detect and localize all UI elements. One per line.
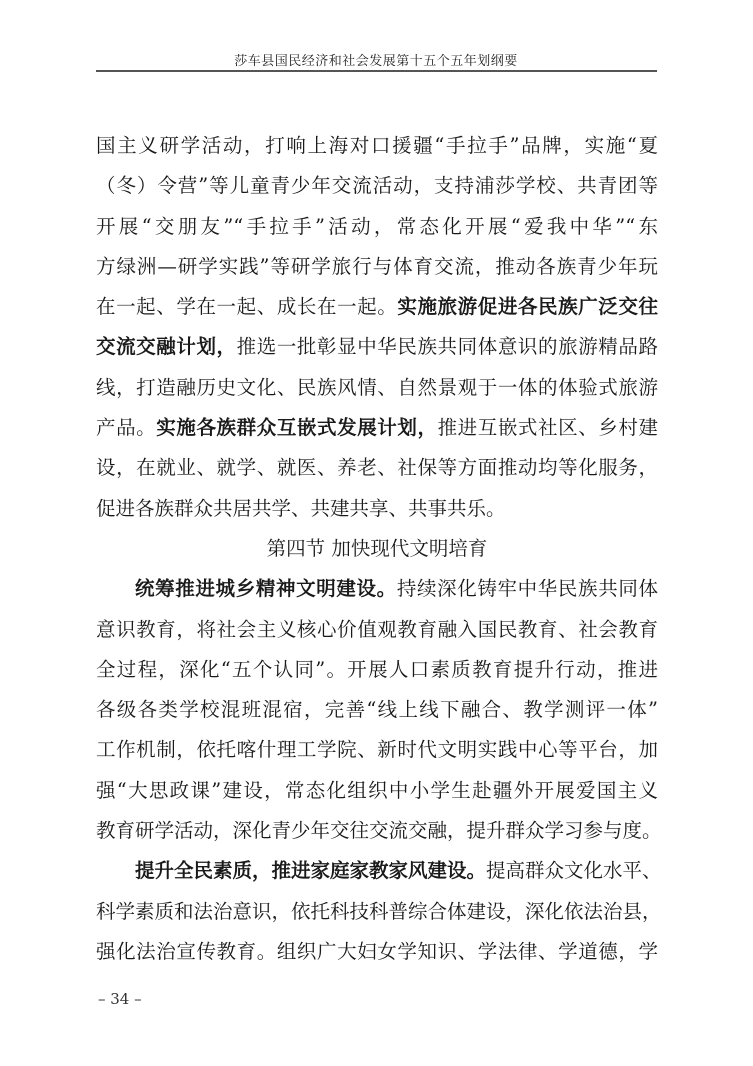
bold-heading-text: 实施各族群众互嵌式发展计划， xyxy=(156,416,437,439)
text-line: 国主义研学活动，打响上海对口援疆“手拉手”品牌，实施“夏 xyxy=(96,126,658,166)
plain-text: 推进互嵌式社区、乡村建 xyxy=(438,416,658,439)
section-title: 第四节 加快现代文明培育 xyxy=(96,529,658,569)
plain-text: 持续深化铸牢中华民族共同体 xyxy=(397,577,658,600)
bold-heading-text: 提升全民素质，推进家庭家教家风建设。 xyxy=(135,859,486,882)
text-line: 统筹推进城乡精神文明建设。持续深化铸牢中华民族共同体 xyxy=(96,569,658,609)
header-divider xyxy=(96,70,657,72)
text-line: 意识教育，将社会主义核心价值观教育融入国民教育、社会教育 xyxy=(96,610,658,650)
text-line: 教育研学活动，深化青少年交往交流交融，提升群众学习参与度。 xyxy=(96,811,658,851)
document-body: 国主义研学活动，打响上海对口援疆“手拉手”品牌，实施“夏 （冬）令营”等儿童青少… xyxy=(96,126,658,972)
text-line: 在一起、学在一起、成长在一起。实施旅游促进各民族广泛交往 xyxy=(96,287,658,327)
paragraph-citizen-quality: 提升全民素质，推进家庭家教家风建设。提高群众文化水平、 科学素质和法治意识，依托… xyxy=(96,851,658,972)
text-line: 强化法治宣传教育。组织广大妇女学知识、学法律、学道德，学 xyxy=(96,932,658,972)
page-number: – 34 – xyxy=(98,990,142,1008)
text-line: 全过程，深化“五个认同”。开展人口素质教育提升行动，推进 xyxy=(96,650,658,690)
plain-text: 推选一批彰显中华民族共同体意识的旅游精品路 xyxy=(237,335,658,358)
bold-heading-text: 交流交融计划， xyxy=(96,335,237,358)
text-line: 方绿洲—研学实践”等研学旅行与体育交流，推动各族青少年玩 xyxy=(96,247,658,287)
text-line: 各级各类学校混班混宿，完善“线上线下融合、教学测评一体” xyxy=(96,690,658,730)
document-running-header: 莎车县国民经济和社会发展第十五个五年划纲要 xyxy=(96,50,656,69)
plain-text: 提高群众文化水平、 xyxy=(486,859,662,882)
text-line: 提升全民素质，推进家庭家教家风建设。提高群众文化水平、 xyxy=(96,851,658,891)
text-line: （冬）令营”等儿童青少年交流活动，支持浦莎学校、共青团等 xyxy=(96,166,658,206)
text-line: 强“大思政课”建设，常态化组织中小学生赴疆外开展爱国主义 xyxy=(96,771,658,811)
text-line: 开展“交朋友”“手拉手”活动，常态化开展“爱我中华”“东 xyxy=(96,207,658,247)
bold-heading-text: 实施旅游促进各民族广泛交往 xyxy=(397,295,658,318)
paragraph-spiritual-civilization: 统筹推进城乡精神文明建设。持续深化铸牢中华民族共同体 意识教育，将社会主义核心价… xyxy=(96,569,658,851)
plain-text: 产品。 xyxy=(96,416,156,439)
bold-heading-text: 统筹推进城乡精神文明建设。 xyxy=(135,577,397,600)
text-line: 产品。实施各族群众互嵌式发展计划，推进互嵌式社区、乡村建 xyxy=(96,408,658,448)
text-line: 交流交融计划，推选一批彰显中华民族共同体意识的旅游精品路 xyxy=(96,327,658,367)
plain-text: 在一起、学在一起、成长在一起。 xyxy=(96,295,397,318)
text-line: 科学素质和法治意识，依托科技科普综合体建设，深化依法治县， xyxy=(96,892,658,932)
text-line: 设，在就业、就学、就医、养老、社保等方面推动均等化服务， xyxy=(96,448,658,488)
paragraph-ethnic-exchange: 国主义研学活动，打响上海对口援疆“手拉手”品牌，实施“夏 （冬）令营”等儿童青少… xyxy=(96,126,658,529)
text-line: 工作机制，依托喀什理工学院、新时代文明实践中心等平台，加 xyxy=(96,730,658,770)
text-line: 促进各族群众共居共学、共建共享、共事共乐。 xyxy=(96,489,658,529)
text-line: 线，打造融历史文化、民族风情、自然景观于一体的体验式旅游 xyxy=(96,368,658,408)
